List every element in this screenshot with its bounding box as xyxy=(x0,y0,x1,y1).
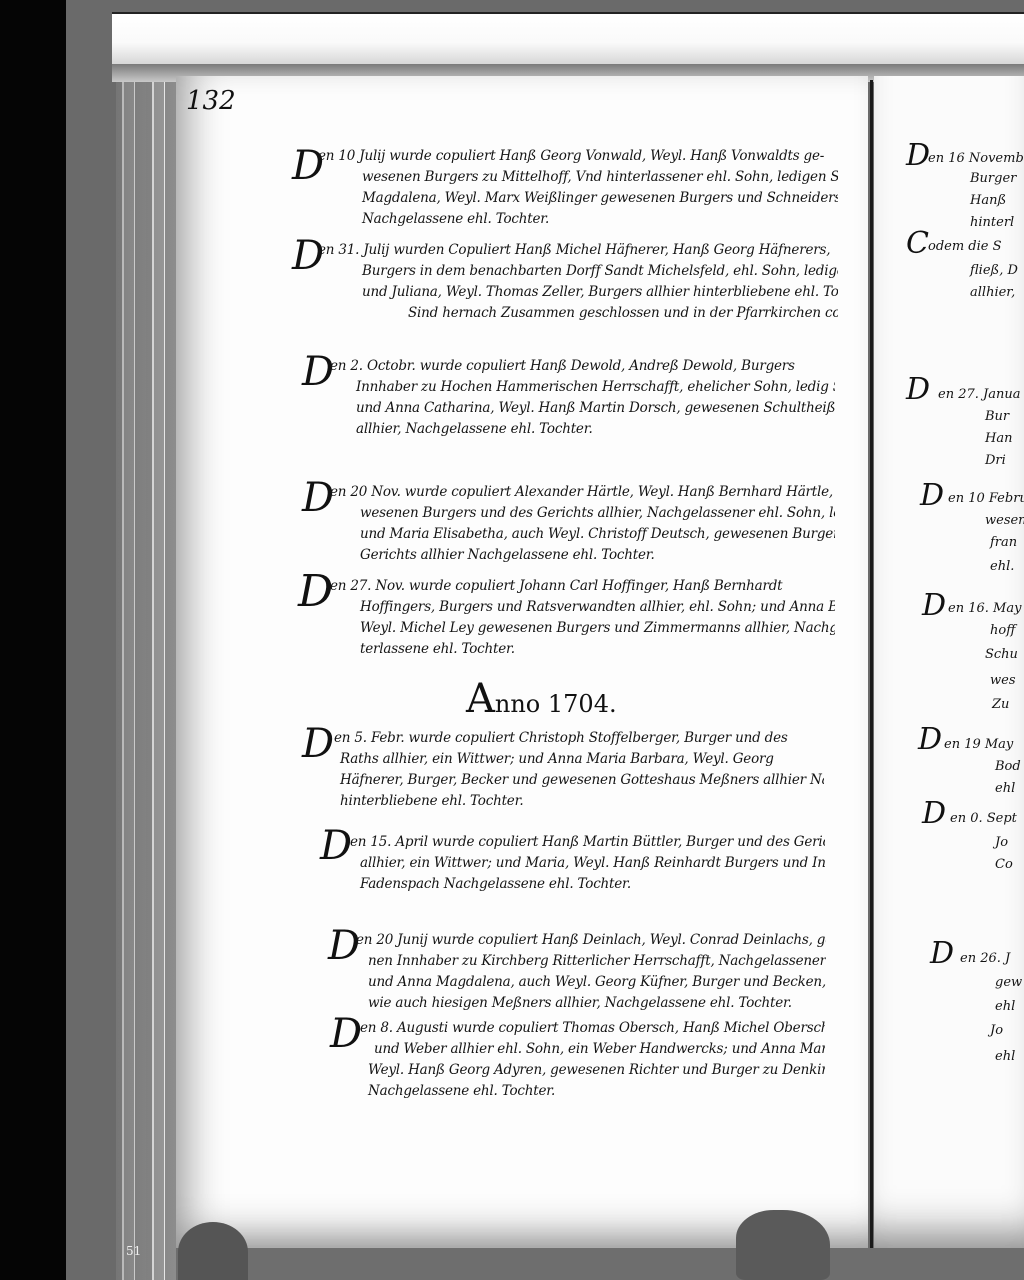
entry-line: Sind hernach Zusammen geschlossen und in… xyxy=(318,303,838,324)
entry-line: allhier, ein Wittwer; und Maria, Weyl. H… xyxy=(350,853,825,874)
entry-line: en 2. Octobr. wurde copuliert Hanß Dewol… xyxy=(330,356,835,377)
register-entry: en 27. Nov. wurde copuliert Johann Carl … xyxy=(330,576,835,660)
entry-line: allhier, Nachgelassene ehl. Tochter. xyxy=(330,419,835,440)
entry-line: und Maria Elisabetha, auch Weyl. Christo… xyxy=(330,524,835,545)
entry-line: Weyl. Hanß Georg Adyren, gewesenen Richt… xyxy=(360,1060,825,1081)
fragment-line: Burger xyxy=(970,168,1016,190)
entry-line: terlassene ehl. Tochter. xyxy=(330,639,835,660)
entry-line: Hoffingers, Burgers und Ratsverwandten a… xyxy=(330,597,835,618)
fragment-line: allhier, xyxy=(970,282,1015,304)
entry-initial: D xyxy=(906,138,930,173)
entry-line: Fadenspach Nachgelassene ehl. Tochter. xyxy=(350,874,825,895)
fragment-line: en 26. J xyxy=(960,948,1010,970)
entry-line: und Anna Magdalena, auch Weyl. Georg Küf… xyxy=(356,972,826,993)
entry-line: Nachgelassene ehl. Tochter. xyxy=(360,1081,825,1102)
entry-line: und Anna Catharina, Weyl. Hanß Martin Do… xyxy=(330,398,835,419)
fragment-line: en 16 Novemb xyxy=(928,148,1024,170)
fragment-line: en 27. Janua xyxy=(938,384,1020,406)
year-heading-initial: A xyxy=(466,676,495,722)
entry-line: hinterbliebene ehl. Tochter. xyxy=(334,791,824,812)
entry-initial: D xyxy=(906,372,930,407)
fragment-line: en 10 Febru xyxy=(948,488,1024,510)
entry-initial: D xyxy=(302,724,334,764)
entry-line: nen Innhaber zu Kirchberg Ritterlicher H… xyxy=(356,951,826,972)
entry-line: en 27. Nov. wurde copuliert Johann Carl … xyxy=(330,576,835,597)
entry-line: en 31. Julij wurden Copuliert Hanß Miche… xyxy=(318,240,838,261)
entry-line: en 8. Augusti wurde copuliert Thomas Obe… xyxy=(360,1018,825,1039)
entry-initial: D xyxy=(918,722,942,757)
fragment-line: Hanß xyxy=(970,190,1006,212)
register-entry: en 20 Junij wurde copuliert Hanß Deinlac… xyxy=(356,930,826,1014)
entry-line: Raths allhier, ein Wittwer; und Anna Mar… xyxy=(334,749,824,770)
entry-line: und Juliana, Weyl. Thomas Zeller, Burger… xyxy=(318,282,838,303)
fragment-line: ehl xyxy=(995,996,1015,1018)
fragment-line: Bur xyxy=(985,406,1009,428)
fragment-line: en 16. May xyxy=(948,598,1021,620)
bottom-shadow xyxy=(176,1248,1024,1280)
fragment-line: Han xyxy=(985,428,1012,450)
entry-line: und Weber allhier ehl. Sohn, ein Weber H… xyxy=(360,1039,825,1060)
fragment-line: gew xyxy=(995,972,1022,994)
fragment-line: hinterl xyxy=(970,212,1014,234)
page-number: 132 xyxy=(186,86,236,116)
entry-line: Burgers in dem benachbarten Dorff Sandt … xyxy=(318,261,838,282)
film-black-edge xyxy=(0,0,66,1280)
fragment-line: hoff xyxy=(990,620,1015,642)
fragment-line: en 0. Sept xyxy=(950,808,1017,830)
fragment-line: fließ, D xyxy=(970,260,1018,282)
page-gutter xyxy=(870,80,873,1270)
entry-line: en 20 Junij wurde copuliert Hanß Deinlac… xyxy=(356,930,826,951)
fragment-line: odem die S xyxy=(928,236,1002,258)
page-corner-curl xyxy=(178,1222,248,1280)
entry-initial: D xyxy=(920,478,944,513)
fragment-line: ehl xyxy=(995,778,1015,800)
entry-line: Innhaber zu Hochen Hammerischen Herrscha… xyxy=(330,377,835,398)
year-heading: Anno 1704. xyxy=(466,676,617,722)
register-entry: en 15. April wurde copuliert Hanß Martin… xyxy=(350,832,825,895)
fragment-line: Co xyxy=(995,854,1013,876)
entry-line: en 15. April wurde copuliert Hanß Martin… xyxy=(350,832,825,853)
register-entry: en 2. Octobr. wurde copuliert Hanß Dewol… xyxy=(330,356,835,440)
entry-line: wesenen Burgers und des Gerichts allhier… xyxy=(330,503,835,524)
fragment-line: Jo xyxy=(990,1020,1003,1042)
entry-initial: C xyxy=(906,226,929,261)
entry-line: Nachgelassene ehl. Tochter. xyxy=(318,209,838,230)
entry-line: Gerichts allhier Nachgelassene ehl. Toch… xyxy=(330,545,835,566)
top-paper-strip xyxy=(112,12,1024,68)
year-heading-text: nno 1704. xyxy=(495,690,617,718)
register-entry: en 31. Julij wurden Copuliert Hanß Miche… xyxy=(318,240,838,324)
entry-line: Magdalena, Weyl. Marx Weißlinger gewesen… xyxy=(318,188,838,209)
fragment-line: fran xyxy=(990,532,1017,554)
ink-stain xyxy=(736,1210,830,1280)
entry-initial: D xyxy=(330,1014,362,1054)
entry-initial: D xyxy=(930,936,954,971)
fragment-line: Jo xyxy=(995,832,1008,854)
register-entry: en 5. Febr. wurde copuliert Christoph St… xyxy=(334,728,824,812)
register-entry: en 8. Augusti wurde copuliert Thomas Obe… xyxy=(360,1018,825,1102)
entry-line: en 10 Julij wurde copuliert Hanß Georg V… xyxy=(318,146,838,167)
fragment-line: ehl. xyxy=(990,556,1014,578)
entry-line: en 5. Febr. wurde copuliert Christoph St… xyxy=(334,728,824,749)
fragment-line: en 19 May xyxy=(944,734,1013,756)
entry-initial: D xyxy=(320,826,352,866)
fragment-line: Bod xyxy=(995,756,1021,778)
film-frame-number: 51 xyxy=(126,1244,141,1258)
entry-line: en 20 Nov. wurde copuliert Alexander Här… xyxy=(330,482,835,503)
entry-line: wesenen Burgers zu Mittelhoff, Vnd hinte… xyxy=(318,167,838,188)
entry-line: wie auch hiesigen Meßners allhier, Nachg… xyxy=(356,993,826,1014)
fragment-line: wes xyxy=(990,670,1016,692)
entry-initial: D xyxy=(922,796,946,831)
register-entry: en 20 Nov. wurde copuliert Alexander Här… xyxy=(330,482,835,566)
entry-line: Weyl. Michel Ley gewesenen Burgers und Z… xyxy=(330,618,835,639)
entry-initial: D xyxy=(298,572,333,612)
register-entry: en 10 Julij wurde copuliert Hanß Georg V… xyxy=(318,146,838,230)
fragment-line: ehl xyxy=(995,1046,1015,1068)
fragment-line: Schu xyxy=(985,644,1018,666)
entry-initial: D xyxy=(922,588,946,623)
fragment-line: Zu xyxy=(992,694,1009,716)
entry-line: Häfnerer, Burger, Becker und gewesenen G… xyxy=(334,770,824,791)
fragment-line: Dri xyxy=(985,450,1006,472)
fragment-line: wesen xyxy=(985,510,1024,532)
